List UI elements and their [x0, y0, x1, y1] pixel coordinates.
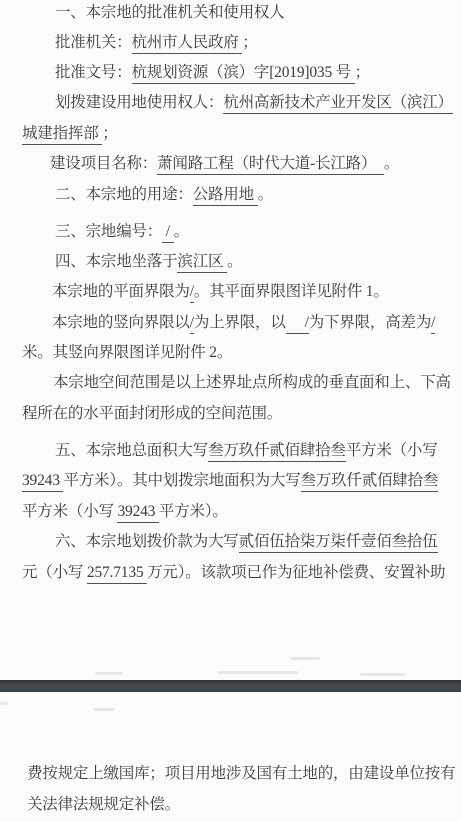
text-segment: 平方米）。 — [159, 503, 228, 520]
text-segment: 。 — [384, 155, 399, 172]
text-segment: ； — [102, 125, 117, 142]
underlined-value: 滨江区 — [177, 253, 227, 273]
document-line: 元（小写 257.7135 万元）。该款项已作为征地补偿费、安置补助 — [22, 563, 445, 583]
text-segment: ； — [242, 34, 257, 51]
underlined-value: 城建指挥部 — [22, 125, 102, 145]
text-segment: 。其平面界限图详见附件 1。 — [194, 283, 389, 300]
text-segment: 六、本宗地划拨价款为大写 — [55, 533, 239, 550]
text-segment: 批准机关： — [55, 34, 132, 51]
document-line: 三、宗地编号： / 。 — [55, 222, 189, 242]
text-segment: 本宗地的竖向界限以 — [52, 314, 190, 331]
text-segment: 元（小写 — [22, 564, 87, 581]
text-segment: 程所在的水平面封闭形成的空间范围。 — [22, 405, 282, 422]
text-segment: ； — [355, 64, 370, 81]
text-segment: 万元）。该款项已作为征地补偿费、安置补助 — [147, 564, 445, 581]
text-segment: 建设项目名称： — [50, 155, 157, 172]
scan-smudge — [93, 708, 115, 711]
document-line: 费按规定上缴国库；项目用地涉及国有土地的，由建设单位按有 — [27, 764, 455, 784]
document-line: 二、本宗地的用途：公路用地 。 — [55, 185, 273, 205]
document-line: 批准机关：杭州市人民政府 ； — [55, 33, 258, 53]
text-segment: 。 — [258, 186, 273, 203]
text-segment: 划拨建设用地使用权人： — [55, 94, 223, 111]
text-segment: 批准文号： — [55, 64, 132, 81]
text-segment: 为下界限，高差为 — [309, 314, 431, 331]
document-line: 本宗地空间范围是以上述界址点所构成的垂直面和上、下高 — [53, 373, 451, 393]
document-line: 批准文号：杭规划资源（滨）字[2019]035 号 ； — [55, 63, 370, 83]
scan-smudge — [0, 702, 8, 705]
page-break-bar — [0, 680, 461, 692]
text-segment: 一、本宗地的批准机关和使用权人 — [55, 4, 285, 21]
underlined-value: 杭州高新技术产业开发区（滨江） — [223, 94, 453, 114]
underlined-value: 杭州市人民政府 — [132, 34, 243, 54]
text-segment: 米。其竖向界限图详见附件 2。 — [22, 344, 232, 361]
scan-smudge — [360, 673, 405, 676]
underlined-value: / — [162, 223, 173, 243]
text-segment: 。 — [174, 223, 189, 240]
document-line: 本宗地的平面界限为/。其平面界限图详见附件 1。 — [52, 282, 389, 302]
scan-smudge — [95, 672, 123, 675]
scanned-document-page: 一、本宗地的批准机关和使用权人批准机关：杭州市人民政府 ；批准文号：杭规划资源（… — [0, 0, 461, 822]
text-segment: 四、本宗地坐落于 — [55, 253, 177, 270]
underlined-value: 39243 — [22, 472, 63, 492]
document-line: 建设项目名称：萧闻路工程（时代大道-长江路） 。 — [50, 154, 399, 174]
text-segment: 。 — [227, 253, 242, 270]
text-segment: 关法律法规规定补偿。 — [27, 796, 180, 813]
underlined-value: 杭规划资源（滨）字[2019]035 号 — [132, 64, 355, 84]
document-line: 关法律法规规定补偿。 — [27, 795, 180, 815]
text-segment: 平方米（小写 — [22, 503, 117, 520]
underlined-value: 公路用地 — [193, 186, 258, 206]
text-segment: 二、本宗地的用途： — [55, 186, 193, 203]
text-segment: 本宗地空间范围是以上述界址点所构成的垂直面和上、下高 — [53, 374, 451, 391]
text-segment: 平方米（小写 — [346, 442, 438, 459]
document-line: 五、本宗地总面积大写叁万玖仟贰佰肆拾叁平方米（小写 — [55, 441, 438, 461]
underlined-value: / — [431, 314, 435, 334]
scan-smudge — [218, 671, 298, 674]
document-line: 四、本宗地坐落于滨江区 。 — [55, 252, 242, 272]
underlined-value: 39243 — [117, 503, 158, 523]
underlined-value: 叁万玖仟贰佰肆拾叁 — [301, 472, 439, 492]
text-segment: 五、本宗地总面积大写 — [55, 442, 208, 459]
scan-smudge — [290, 657, 320, 660]
document-line: 程所在的水平面封闭形成的空间范围。 — [22, 404, 282, 424]
document-line: 划拨建设用地使用权人：杭州高新技术产业开发区（滨江） — [55, 93, 453, 113]
document-line: 39243 平方米）。其中划拨宗地面积为大写叁万玖仟贰佰肆拾叁 — [22, 471, 438, 491]
document-line: 城建指挥部 ； — [22, 124, 118, 144]
text-segment: 三、宗地编号： — [55, 223, 162, 240]
document-line: 米。其竖向界限图详见附件 2。 — [22, 343, 232, 363]
underlined-value: 257.7135 — [87, 564, 147, 584]
document-line: 六、本宗地划拨价款为大写贰佰伍拾柒万柒仟壹佰叁拾伍 — [55, 532, 438, 552]
text-segment: 平方米）。其中划拨宗地面积为大写 — [63, 472, 300, 489]
underlined-value: 萧闻路工程（时代大道-长江路） — [157, 155, 384, 175]
text-segment: 为上界限，以 — [194, 314, 286, 331]
underlined-value: 贰佰伍拾柒万柒仟壹佰叁拾伍 — [239, 533, 438, 553]
underlined-value: 叁万玖仟贰佰肆拾叁 — [208, 442, 346, 462]
document-line: 一、本宗地的批准机关和使用权人 — [55, 3, 285, 23]
document-line: 平方米（小写 39243 平方米）。 — [22, 502, 228, 522]
underlined-value: / — [286, 314, 309, 334]
document-line: 本宗地的竖向界限以/为上界限，以 /为下界限，高差为/ — [52, 313, 435, 333]
text-segment: 费按规定上缴国库；项目用地涉及国有土地的，由建设单位按有 — [27, 765, 455, 782]
text-segment: 本宗地的平面界限为 — [52, 283, 190, 300]
